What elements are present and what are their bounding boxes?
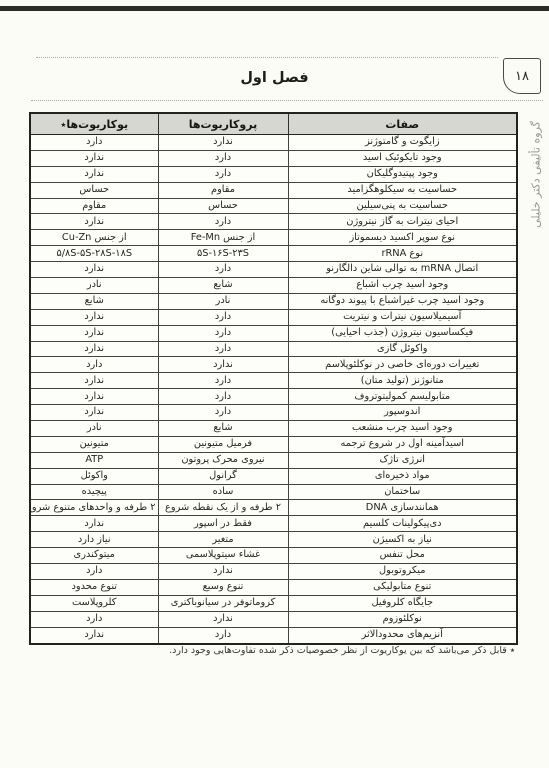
cell-prokaryote: نادر [158, 293, 288, 309]
cell-prokaryote: دارد [158, 389, 288, 405]
table-row: فیکساسیون نیتروژن (جذب احیایی)داردندارد [30, 325, 517, 341]
table-row: وجود اسید چرب منشعبشایعنادر [30, 421, 517, 437]
cell-eukaryote: ندارد [30, 341, 158, 357]
table-row: وجود پپتیدوگلیکانداردندارد [30, 166, 517, 182]
cell-prokaryote: نیروی محرک پروتون [158, 452, 288, 468]
cell-prokaryote: ۲ طرفه و از یک نقطه شروع [158, 500, 288, 516]
cell-prokaryote: متغیر [158, 532, 288, 548]
comparison-table-body: زایگوت و گامتوژنزنداردداردوجود تایکوئیک … [30, 135, 517, 644]
table-row: وجود اسید چرب اشباعشایعنادر [30, 278, 517, 294]
chapter-title: فصل اول [0, 70, 549, 86]
cell-prokaryote: ندارد [158, 357, 288, 373]
cell-trait: متابولیسم کمولیتوتروف [288, 389, 517, 405]
cell-trait: آسیمیلاسیون نیترات و نیتریت [288, 309, 517, 325]
table-row: متابولیسم کمولیتوتروفداردندارد [30, 389, 517, 405]
table-row: مواد ذخیره‌ایگرانولواکوئل [30, 468, 517, 484]
page-number: ۱۸ [515, 69, 529, 84]
table-row: جایگاه کلروفیلکروماتوفر در سیانوباکتریکل… [30, 595, 517, 611]
cell-trait: نوع rRNA [288, 246, 517, 262]
cell-eukaryote: تنوع محدود [30, 579, 158, 595]
cell-trait: وجود پپتیدوگلیکان [288, 166, 517, 182]
cell-trait: حساسیت به سیکلوهگزامید [288, 182, 517, 198]
cell-trait: محل تنفس [288, 548, 517, 564]
cell-eukaryote: از جنس Cu-Zn [30, 230, 158, 246]
cell-trait: مواد ذخیره‌ای [288, 468, 517, 484]
page-number-badge: ۱۸ [503, 58, 541, 94]
table-row: نیاز به اکسیژنمتغیرنیاز دارد [30, 532, 517, 548]
cell-eukaryote: ندارد [30, 150, 158, 166]
table-row: اندوسپورداردندارد [30, 405, 517, 421]
cell-eukaryote: ATP [30, 452, 158, 468]
cell-prokaryote: دارد [158, 341, 288, 357]
cell-prokaryote: ندارد [158, 564, 288, 580]
cell-trait: نوع سوپر اکسید دیسموتاز [288, 230, 517, 246]
cell-prokaryote: دارد [158, 262, 288, 278]
cell-trait: فیکساسیون نیتروژن (جذب احیایی) [288, 325, 517, 341]
top-rule-bar [0, 6, 549, 11]
cell-trait: وجود اسید چرب اشباع [288, 278, 517, 294]
cell-trait: دی‌پیکولینات کلسیم [288, 516, 517, 532]
cell-prokaryote: کروماتوفر در سیانوباکتری [158, 595, 288, 611]
table-row: واکوئل گازیداردندارد [30, 341, 517, 357]
table-row: دی‌پیکولینات کلسیمفقط در اسپورندارد [30, 516, 517, 532]
cell-eukaryote: متیونین [30, 436, 158, 452]
cell-prokaryote: دارد [158, 405, 288, 421]
cell-eukaryote: ندارد [30, 166, 158, 182]
cell-eukaryote: نیاز دارد [30, 532, 158, 548]
cell-eukaryote: ندارد [30, 516, 158, 532]
cell-eukaryote: مقاوم [30, 198, 158, 214]
table-row: اسیدآمینه اول در شروع ترجمهفرمیل متیونین… [30, 436, 517, 452]
cell-prokaryote: حساس [158, 198, 288, 214]
cell-trait: اندوسپور [288, 405, 517, 421]
table-row: متانوژنز (تولید متان)داردندارد [30, 373, 517, 389]
cell-prokaryote: شایع [158, 421, 288, 437]
header-dotted-line-bottom [31, 100, 543, 101]
table-row: حساسیت به سیکلوهگزامیدمقاومحساس [30, 182, 517, 198]
table-row: میکروتوبولندارددارد [30, 564, 517, 580]
cell-trait: اتصال mRNA به توالی شاین دالگارنو [288, 262, 517, 278]
cell-trait: متانوژنز (تولید متان) [288, 373, 517, 389]
cell-prokaryote: دارد [158, 373, 288, 389]
cell-trait: وجود اسید چرب غیراشباع با پیوند دوگانه [288, 293, 517, 309]
publisher-side-watermark: گروه تألیفی دکتر خلیلی [530, 100, 543, 250]
cell-eukaryote: ندارد [30, 262, 158, 278]
cell-prokaryote: فرمیل متیونین [158, 436, 288, 452]
footnote: ٭ قابل ذکر می‌باشد که بین یوکاریوت از نظ… [35, 645, 515, 656]
scanned-book-page: فصل اول ۱۸ گروه تألیفی دکتر خلیلی JPH صف… [0, 0, 549, 768]
prokaryote-eukaryote-comparison-table: صفات پروکاریوت‌ها یوکاریوت‌ها٭ زایگوت و … [29, 112, 518, 645]
cell-eukaryote: واکوئل [30, 468, 158, 484]
cell-eukaryote: میتوکندری [30, 548, 158, 564]
cell-prokaryote: فقط در اسپور [158, 516, 288, 532]
cell-prokaryote: ساده [158, 484, 288, 500]
cell-trait: ساختمان [288, 484, 517, 500]
cell-prokaryote: دارد [158, 325, 288, 341]
cell-eukaryote: شایع [30, 293, 158, 309]
cell-eukaryote: حساس [30, 182, 158, 198]
table-row: زایگوت و گامتوژنزندارددارد [30, 135, 517, 151]
header-dotted-line-top [36, 57, 498, 58]
cell-trait: نیاز به اکسیژن [288, 532, 517, 548]
cell-prokaryote: دارد [158, 627, 288, 643]
cell-eukaryote: ندارد [30, 389, 158, 405]
cell-prokaryote: دارد [158, 150, 288, 166]
cell-trait: اسیدآمینه اول در شروع ترجمه [288, 436, 517, 452]
cell-eukaryote: ندارد [30, 373, 158, 389]
cell-trait: وجود تایکوئیک اسید [288, 150, 517, 166]
cell-prokaryote: مقاوم [158, 182, 288, 198]
table-row: نوع rRNA⁦۵S-۱۶S-۲۳S⁩⁦۵/۸S-۵S-۲۸S-۱۸S⁩ [30, 246, 517, 262]
cell-trait: تغییرات دوره‌ای خاصی در نوکلئوپلاسم [288, 357, 517, 373]
cell-eukaryote: دارد [30, 357, 158, 373]
column-header-traits: صفات [288, 113, 517, 135]
table-row: نوکلئوزومندارددارد [30, 611, 517, 627]
table-row: همانندسازی DNA۲ طرفه و از یک نقطه شروع۲ … [30, 500, 517, 516]
cell-eukaryote: ندارد [30, 627, 158, 643]
cell-prokaryote: دارد [158, 214, 288, 230]
table-row: تنوع متابولیکیتنوع وسیعتنوع محدود [30, 579, 517, 595]
column-header-eukaryotes: یوکاریوت‌ها٭ [30, 113, 158, 135]
table-row: حساسیت به پنی‌سیلینحساسمقاوم [30, 198, 517, 214]
cell-eukaryote: دارد [30, 564, 158, 580]
cell-prokaryote: گرانول [158, 468, 288, 484]
cell-eukaryote: ندارد [30, 214, 158, 230]
table-row: محل تنفسغشاء سیتوپلاسمیمیتوکندری [30, 548, 517, 564]
table-row: نوع سوپر اکسید دیسموتازاز جنس Fe-Mnاز جن… [30, 230, 517, 246]
cell-prokaryote: از جنس Fe-Mn [158, 230, 288, 246]
cell-prokaryote: دارد [158, 166, 288, 182]
cell-eukaryote: کلروپلاست [30, 595, 158, 611]
cell-eukaryote: ⁦۵/۸S-۵S-۲۸S-۱۸S⁩ [30, 246, 158, 262]
table-row: آسیمیلاسیون نیترات و نیتریتداردندارد [30, 309, 517, 325]
table-row: آنزیم‌های محدودالاثرداردندارد [30, 627, 517, 643]
cell-prokaryote: دارد [158, 309, 288, 325]
cell-trait: وجود اسید چرب منشعب [288, 421, 517, 437]
cell-trait: جایگاه کلروفیل [288, 595, 517, 611]
table-row: ساختمانسادهپیچیده [30, 484, 517, 500]
cell-trait: همانندسازی DNA [288, 500, 517, 516]
cell-trait: احیای نیترات به گاز نیتروژن [288, 214, 517, 230]
cell-prokaryote: غشاء سیتوپلاسمی [158, 548, 288, 564]
cell-eukaryote: پیچیده [30, 484, 158, 500]
cell-trait: حساسیت به پنی‌سیلین [288, 198, 517, 214]
cell-trait: انرژی تاژک [288, 452, 517, 468]
cell-prokaryote: تنوع وسیع [158, 579, 288, 595]
table-row: تغییرات دوره‌ای خاصی در نوکلئوپلاسمندارد… [30, 357, 517, 373]
cell-prokaryote: ⁦۵S-۱۶S-۲۳S⁩ [158, 246, 288, 262]
cell-prokaryote: شایع [158, 278, 288, 294]
cell-trait: واکوئل گازی [288, 341, 517, 357]
table-header-row: صفات پروکاریوت‌ها یوکاریوت‌ها٭ [30, 113, 517, 135]
table-row: احیای نیترات به گاز نیتروژنداردندارد [30, 214, 517, 230]
table-row: انرژی تاژکنیروی محرک پروتونATP [30, 452, 517, 468]
table-row: اتصال mRNA به توالی شاین دالگارنوداردندا… [30, 262, 517, 278]
cell-trait: نوکلئوزوم [288, 611, 517, 627]
cell-trait: میکروتوبول [288, 564, 517, 580]
cell-eukaryote: ندارد [30, 309, 158, 325]
cell-prokaryote: ندارد [158, 135, 288, 151]
cell-eukaryote: ۲ طرفه و واحدهای متنوع شروع [30, 500, 158, 516]
cell-eukaryote: ندارد [30, 325, 158, 341]
cell-eukaryote: دارد [30, 135, 158, 151]
cell-eukaryote: نادر [30, 278, 158, 294]
cell-trait: زایگوت و گامتوژنز [288, 135, 517, 151]
cell-eukaryote: نادر [30, 421, 158, 437]
table-row: وجود اسید چرب غیراشباع با پیوند دوگانهنا… [30, 293, 517, 309]
cell-eukaryote: دارد [30, 611, 158, 627]
column-header-prokaryotes: پروکاریوت‌ها [158, 113, 288, 135]
cell-prokaryote: ندارد [158, 611, 288, 627]
table-row: وجود تایکوئیک اسیدداردندارد [30, 150, 517, 166]
cell-eukaryote: ندارد [30, 405, 158, 421]
cell-trait: تنوع متابولیکی [288, 579, 517, 595]
cell-trait: آنزیم‌های محدودالاثر [288, 627, 517, 643]
